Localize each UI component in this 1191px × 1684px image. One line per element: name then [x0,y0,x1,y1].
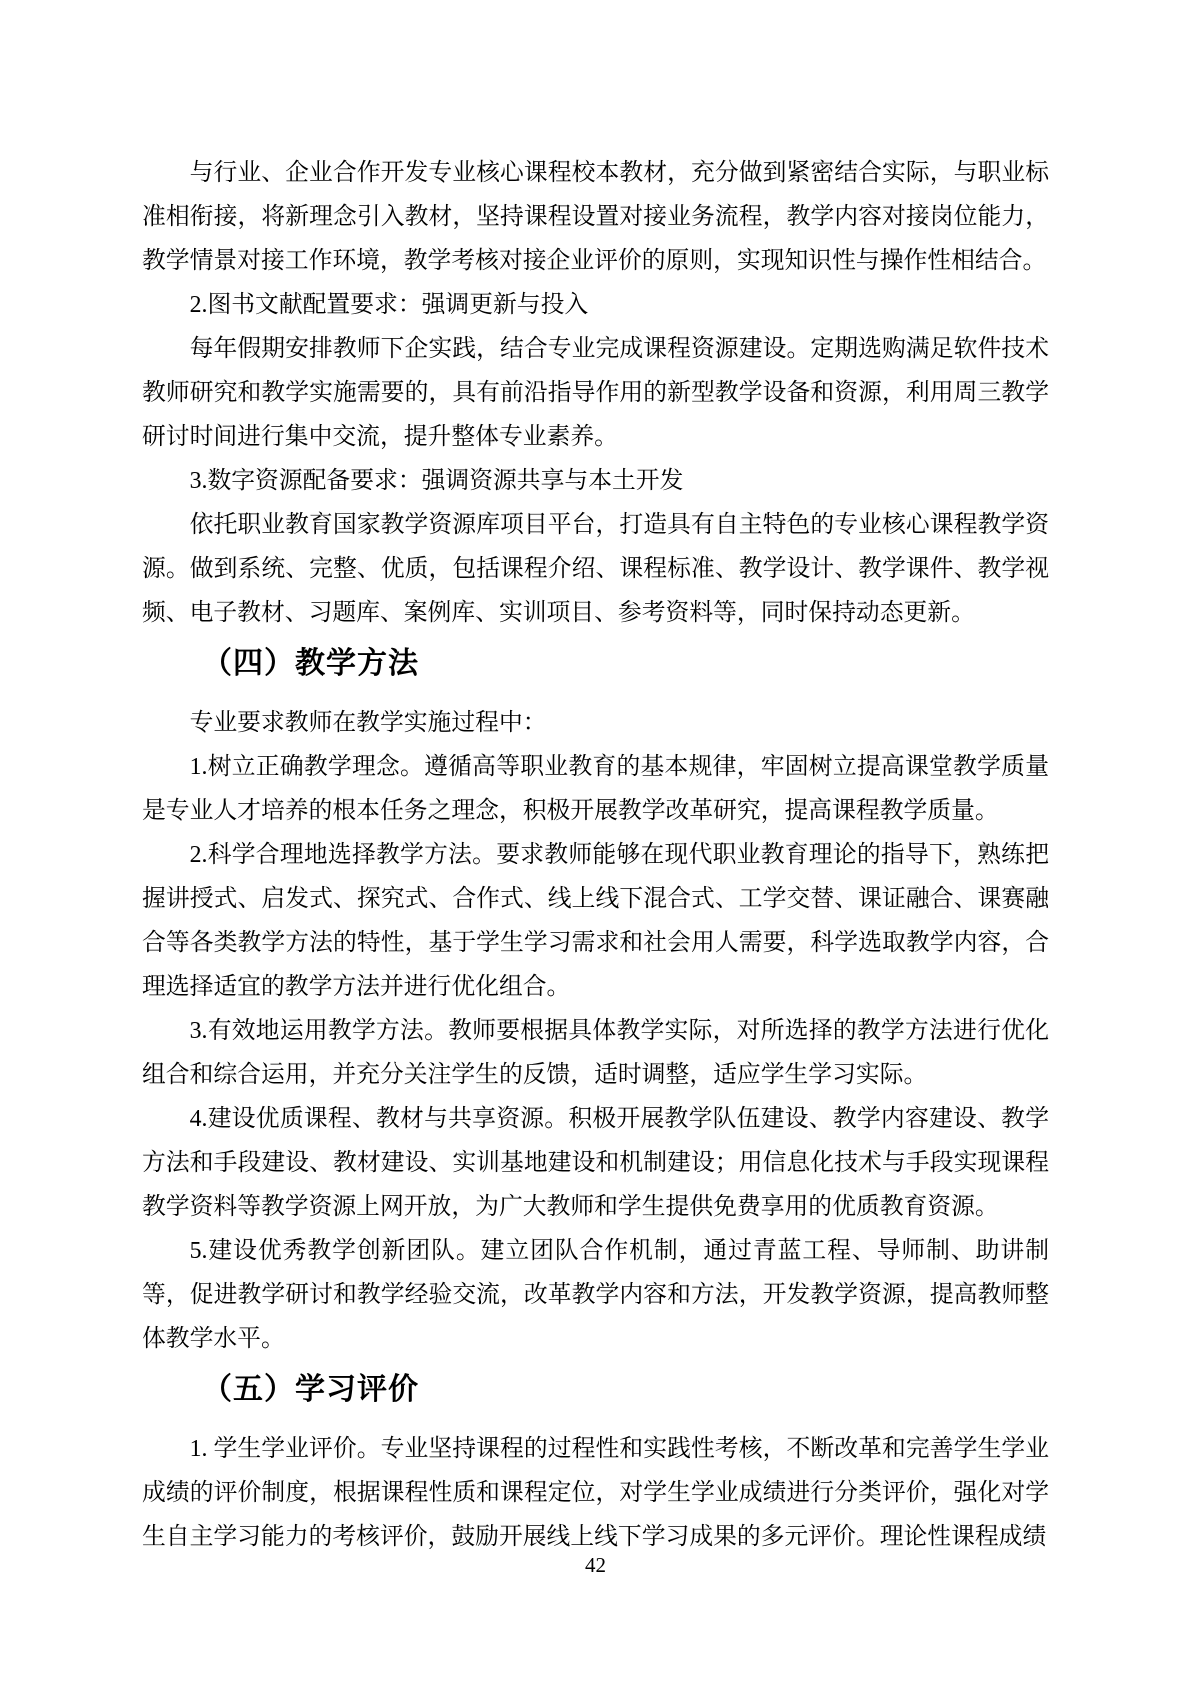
paragraph-teacher-practice: 每年假期安排教师下企实践，结合专业完成课程资源建设。定期选购满足软件技术教师研究… [142,327,1049,459]
paragraph-item-2-method-selection: 2.科学合理地选择教学方法。要求教师能够在现代职业教育理论的指导下，熟练把握讲授… [142,833,1049,1009]
paragraph-resource-platform: 依托职业教育国家教学资源库项目平台，打造具有自主特色的专业核心课程教学资源。做到… [142,503,1049,635]
heading-section-4-teaching-methods: （四）教学方法 [142,641,1049,687]
paragraph-library-config-requirement: 2.图书文献配置要求：强调更新与投入 [142,283,1049,327]
paragraph-digital-resource-requirement: 3.数字资源配备要求：强调资源共享与本土开发 [142,459,1049,503]
paragraph-item-4-quality-courses: 4.建设优质课程、教材与共享资源。积极开展教学队伍建设、教学内容建设、教学方法和… [142,1097,1049,1229]
paragraph-item-3-method-application: 3.有效地运用教学方法。教师要根据具体教学实际，对所选择的教学方法进行优化组合和… [142,1009,1049,1097]
document-page: 与行业、企业合作开发专业核心课程校本教材，充分做到紧密结合实际，与职业标准相衔接… [0,0,1191,1684]
paragraph-item-1-teaching-philosophy: 1.树立正确教学理念。遵循高等职业教育的基本规律，牢固树立提高课堂教学质量是专业… [142,745,1049,833]
heading-section-5-learning-evaluation: （五）学习评价 [142,1367,1049,1413]
page-footer: 42 [0,1553,1191,1577]
paragraph-teaching-implementation-intro: 专业要求教师在教学实施过程中： [142,701,1049,745]
document-text: 与行业、企业合作开发专业核心课程校本教材，充分做到紧密结合实际，与职业标准相衔接… [142,151,1049,1559]
paragraph-item-5-innovation-team: 5.建设优秀教学创新团队。建立团队合作机制，通过青蓝工程、导师制、助讲制等，促进… [142,1229,1049,1361]
paragraph-textbook-development: 与行业、企业合作开发专业核心课程校本教材，充分做到紧密结合实际，与职业标准相衔接… [142,151,1049,283]
paragraph-student-academic-evaluation: 1. 学生学业评价。专业坚持课程的过程性和实践性考核，不断改革和完善学生学业成绩… [142,1427,1049,1559]
page-number: 42 [585,1553,606,1577]
